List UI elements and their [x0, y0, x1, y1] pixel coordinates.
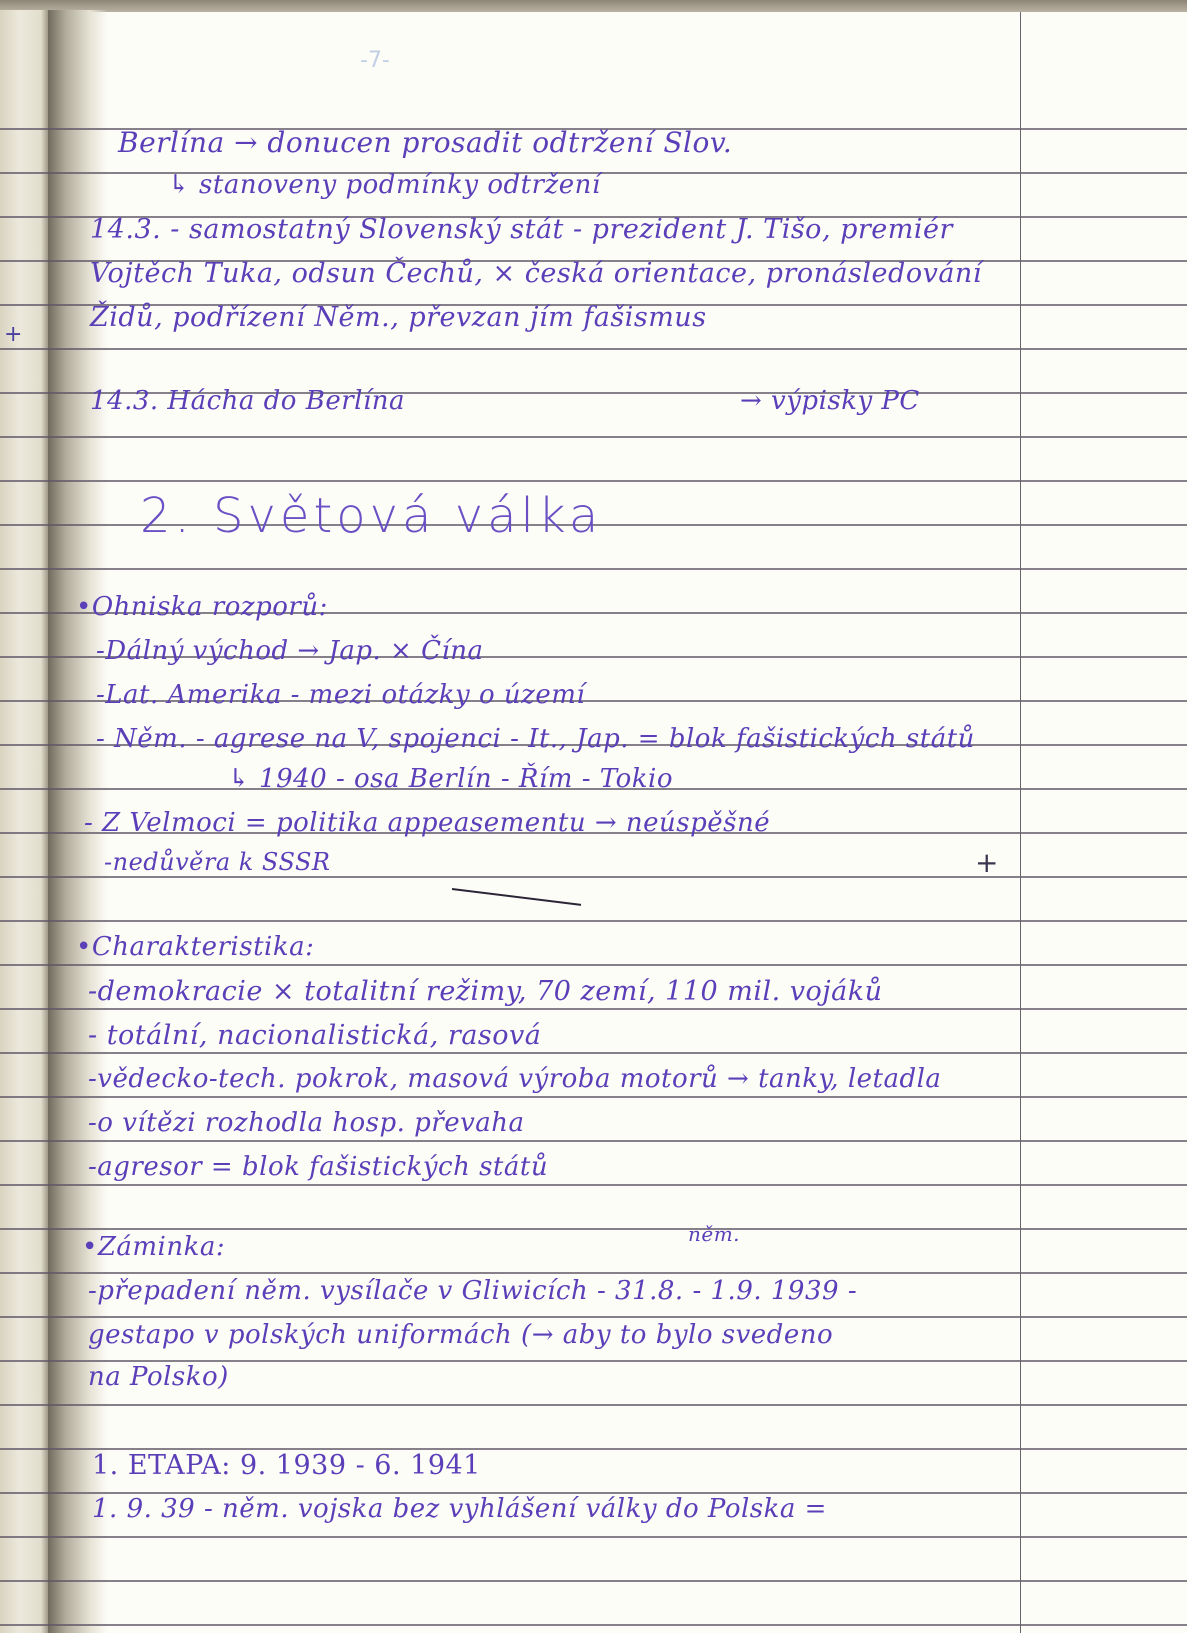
ruled-line	[0, 1184, 1187, 1186]
ruled-line	[0, 1272, 1187, 1274]
note-line: Berlína → donucen prosadit odtržení Slov…	[118, 126, 732, 159]
note-line: - Něm. - agrese na V, spojenci - It., Ja…	[96, 724, 975, 754]
note-line: ↳ 1940 - osa Berlín - Řím - Tokio	[228, 764, 673, 794]
cross-mark: +	[975, 846, 998, 879]
note-line: -vědecko-tech. pokrok, masová výroba mot…	[88, 1064, 941, 1094]
note-line: -agresor = blok fašistických států	[88, 1152, 548, 1182]
ruled-line	[0, 1404, 1187, 1406]
margin-line	[1020, 12, 1021, 1633]
ruled-line	[0, 876, 1187, 878]
binding-gutter	[0, 10, 48, 1633]
note-line: 14.3. - samostatný Slovenský stát - prez…	[90, 214, 953, 245]
section-heading: 2. Světová válka	[140, 488, 602, 544]
ruled-line	[0, 1316, 1187, 1318]
notebook-page: -7- Berlína → donucen prosadit odtržení …	[0, 0, 1187, 1633]
note-line: ↳ stanoveny podmínky odtržení	[168, 170, 601, 200]
ruled-line	[0, 436, 1187, 438]
note-line: -přepadení něm. vysílače v Gliwicích - 3…	[88, 1276, 857, 1306]
note-line: 1. 9. 39 - něm. vojska bez vyhlášení vál…	[92, 1494, 827, 1524]
note-line: 1. ETAPA: 9. 1939 - 6. 1941	[92, 1450, 481, 1481]
note-line: Židů, podřízení Něm., převzan jím fašism…	[90, 302, 707, 333]
page-top-edge	[0, 0, 1187, 12]
ruled-line	[0, 1536, 1187, 1538]
note-line: -nedůvěra k SSSR	[104, 848, 330, 876]
note-line: •Ohniska rozporů:	[76, 592, 328, 622]
note-line: -Dálný východ → Jap. × Čína	[96, 636, 484, 666]
note-line: •Charakteristika:	[76, 932, 314, 962]
ruled-line	[0, 480, 1187, 482]
margin-mark: +	[4, 322, 22, 347]
note-line: Vojtěch Tuka, odsun Čechů, × česká orien…	[90, 258, 982, 289]
ruled-line	[0, 1228, 1187, 1230]
note-line: na Polsko)	[88, 1362, 229, 1392]
ruled-line	[0, 1140, 1187, 1142]
note-insertion: něm.	[688, 1222, 740, 1246]
faint-page-mark: -7-	[360, 48, 390, 73]
note-line: gestapo v polských uniformách (→ aby to …	[88, 1320, 833, 1350]
ruled-line	[0, 1096, 1187, 1098]
ruled-line	[0, 568, 1187, 570]
ruled-line	[0, 1008, 1187, 1010]
note-line: 14.3. Hácha do Berlína	[90, 386, 405, 416]
note-line: •Záminka:	[82, 1232, 225, 1262]
ruled-line	[0, 1624, 1187, 1626]
ruled-line	[0, 1052, 1187, 1054]
note-line: -Lat. Amerika - mezi otázky o území	[96, 680, 585, 710]
note-line: → výpisky PC	[740, 386, 920, 416]
note-line: -demokracie × totalitní režimy, 70 zemí,…	[88, 976, 883, 1007]
note-line: -o vítězi rozhodla hosp. převaha	[88, 1108, 525, 1138]
ruled-line	[0, 1580, 1187, 1582]
note-line: - totální, nacionalistická, rasová	[88, 1020, 541, 1051]
ruled-line	[0, 348, 1187, 350]
note-line: - Z Velmoci = politika appeasementu → ne…	[84, 808, 770, 838]
pen-stroke	[452, 888, 581, 906]
ruled-line	[0, 920, 1187, 922]
ruled-line	[0, 964, 1187, 966]
